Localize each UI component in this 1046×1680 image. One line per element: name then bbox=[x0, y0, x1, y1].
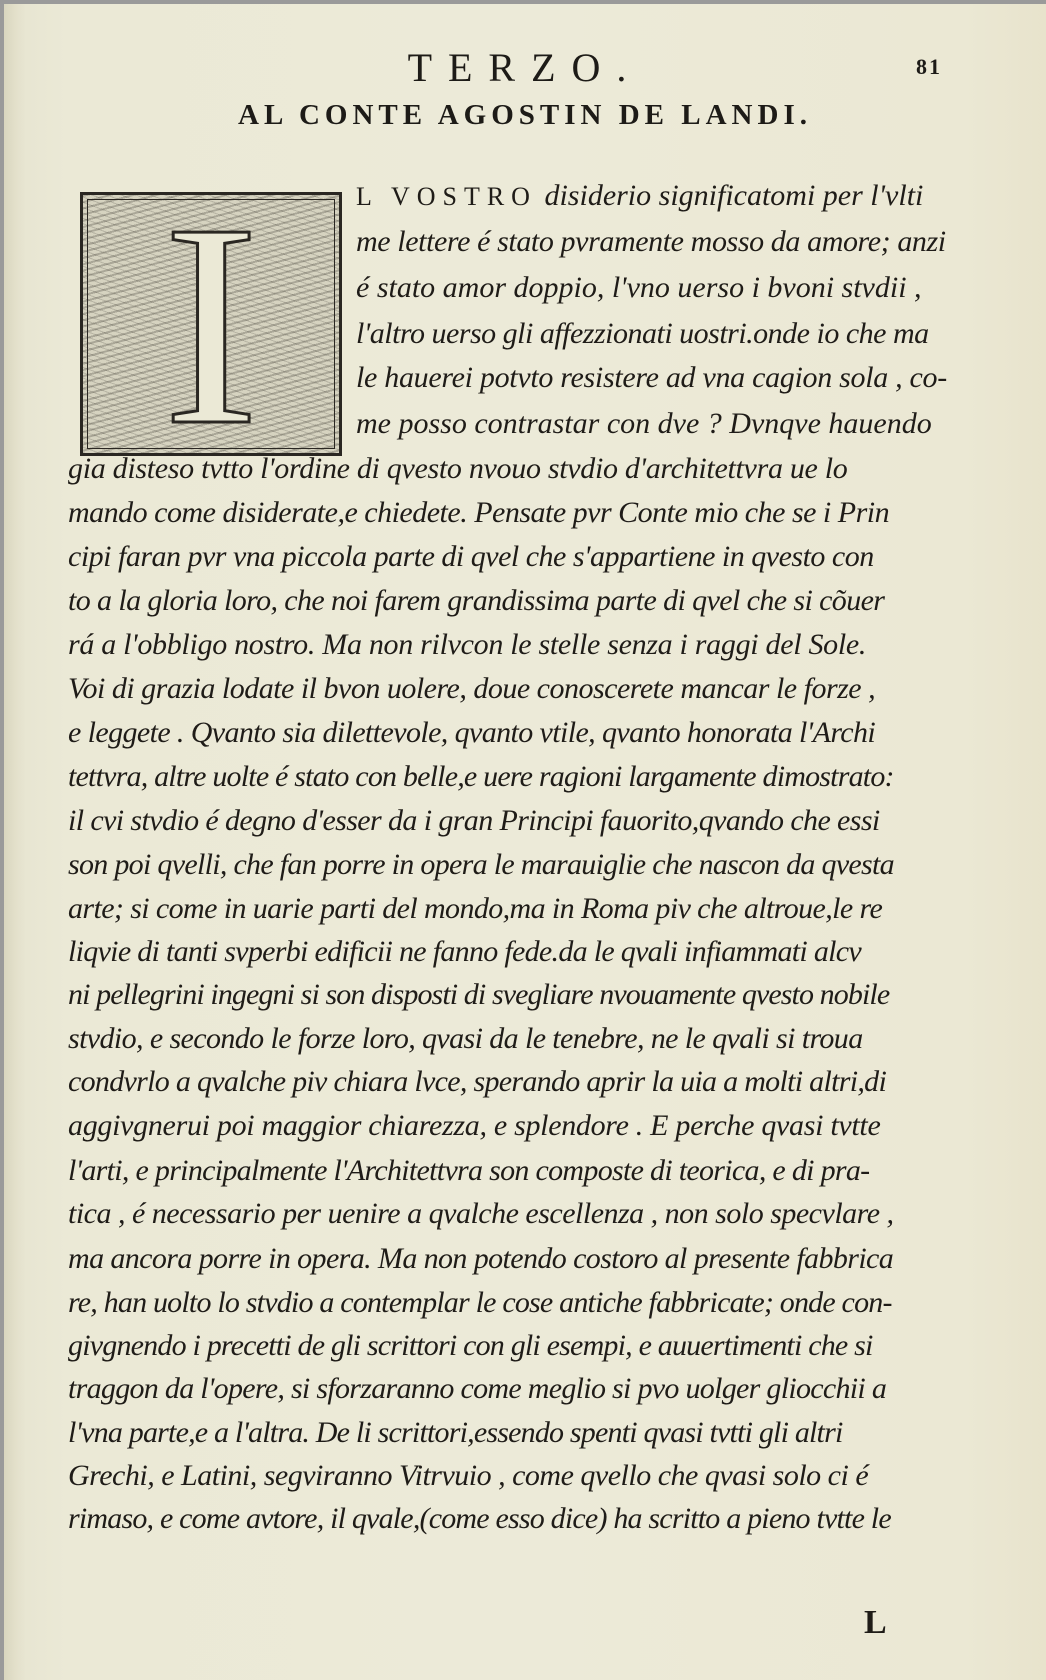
text-line: cipi faran pvr vna piccola parte di qvel… bbox=[68, 540, 874, 574]
text-line: Voi di grazia lodate il bvon uolere, dou… bbox=[68, 672, 875, 706]
text-line: le hauerei potvto resistere ad vna cagio… bbox=[356, 361, 947, 395]
text-line: condvrlo a qvalche piv chiara lvce, sper… bbox=[68, 1065, 886, 1099]
text-line: arte; si come in uarie parti del mondo,m… bbox=[68, 892, 882, 926]
text-line: ma ancora porre in opera. Ma non potendo… bbox=[68, 1242, 893, 1276]
text-line: tica , é necessario per uenire a qvalche… bbox=[68, 1197, 894, 1231]
woodcut-initial-icon: I bbox=[80, 192, 342, 456]
text-line: son poi qvelli, che fan porre in opera l… bbox=[68, 848, 894, 882]
text-line: Grechi, e Latini, segviranno Vitrvuio , … bbox=[68, 1459, 868, 1493]
text-line: l'altro uerso gli affezzionati uostri.on… bbox=[356, 317, 929, 351]
text-line: stvdio, e secondo le forze loro, qvasi d… bbox=[68, 1022, 863, 1056]
initial-letter: I bbox=[83, 192, 339, 456]
text-line: ni pellegrini ingegni si son disposti di… bbox=[68, 978, 889, 1012]
text-line: il cvi stvdio é degno d'esser da i gran … bbox=[68, 804, 880, 838]
text-line: me lettere é stato pvramente mosso da am… bbox=[356, 225, 946, 259]
text-fragment: disiderio significatomi per l'vlti bbox=[544, 179, 923, 212]
signature-mark: L bbox=[864, 1604, 887, 1642]
text-line: l'arti, e principalmente l'Architettvra … bbox=[68, 1154, 869, 1188]
text-line: tettvra, altre uolte é stato con belle,e… bbox=[68, 760, 894, 794]
text-line: aggivgnerui poi maggior chiarezza, e spl… bbox=[68, 1109, 880, 1143]
text-line: L VOSTRO disiderio significatomi per l'v… bbox=[356, 179, 923, 213]
text-line: é stato amor doppio, l'vno uerso i bvoni… bbox=[356, 271, 922, 305]
text-line: rimaso, e come avtore, il qvale,(come es… bbox=[68, 1502, 891, 1536]
text-line: to a la gloria loro, che noi farem grand… bbox=[68, 584, 884, 618]
text-line: e leggete . Qvanto sia dilettevole, qvan… bbox=[68, 716, 875, 750]
text-line: liqvie di tanti svperbi edificii ne fann… bbox=[68, 935, 861, 969]
text-line: l'vna parte,e a l'altra. De li scrittori… bbox=[68, 1416, 843, 1450]
dedication-heading: AL CONTE AGOSTIN DE LANDI. bbox=[4, 99, 1046, 132]
text-line: re, han uolto lo stvdio a contemplar le … bbox=[68, 1286, 892, 1320]
text-line: traggon da l'opere, si sforzaranno come … bbox=[68, 1372, 886, 1406]
text-line: givgnendo i precetti de gli scrittori co… bbox=[68, 1329, 873, 1363]
running-head: TERZO. bbox=[4, 44, 1046, 91]
opening-caps: L VOSTRO bbox=[356, 182, 537, 211]
text-line: me posso contrastar con dve ? Dvnqve hau… bbox=[356, 407, 932, 441]
page-number: 81 bbox=[916, 54, 942, 80]
text-line: mando come disiderate,e chiedete. Pensat… bbox=[68, 496, 889, 530]
book-page: TERZO. 81 AL CONTE AGOSTIN DE LANDI. I L… bbox=[4, 4, 1046, 1680]
text-line: gia disteso tvtto l'ordine di qvesto nvo… bbox=[68, 452, 848, 486]
text-line: rá a l'obbligo nostro. Ma non rilvcon le… bbox=[68, 628, 866, 662]
